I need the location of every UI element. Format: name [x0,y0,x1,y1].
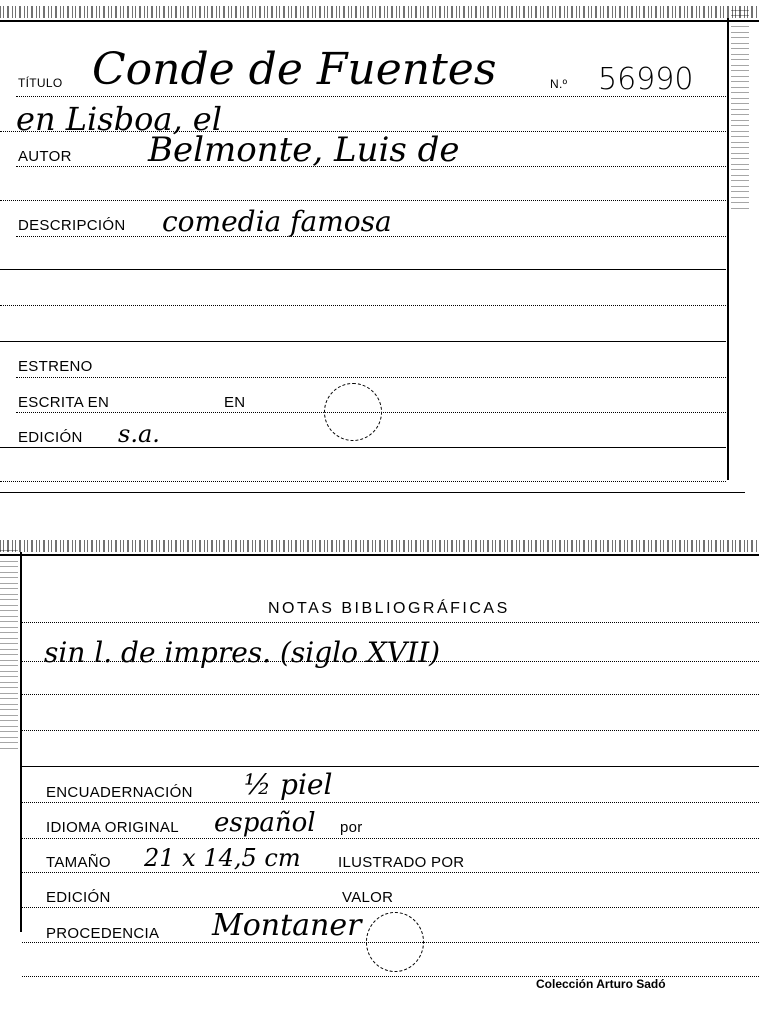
blank-line-6 [22,694,759,695]
catalog-card-back: NOTAS BIBLIOGRÁFICAS sin l. de impres. (… [0,530,759,1028]
blank-line-2 [0,269,726,270]
card-top-edge [0,20,759,22]
tamano-value: 21 x 14,5 cm [144,844,301,872]
titulo-label: TÍTULO [18,76,62,90]
valor-label: VALOR [342,889,393,906]
notas-line [22,661,759,662]
blank-line-5 [0,481,726,482]
ilustrado-por-label: ILUSTRADO POR [338,854,464,871]
edicion-value: s.a. [118,420,160,448]
scan-noise-right [731,10,749,210]
procedencia-value: Montaner [212,908,361,943]
scan-noise-top [0,540,759,552]
numero-label: N.º [550,77,567,91]
titulo-value-line1: Conde de Fuentes [92,44,496,95]
descripcion-label: DESCRIPCIÓN [18,217,125,234]
blank-line-3 [0,305,726,306]
tamano-line [22,872,759,873]
edicion-back-label: EDICIÓN [46,889,111,906]
por-label: por [340,819,363,836]
blank-line-7 [22,730,759,731]
titulo-line [16,96,726,97]
scan-noise-left [0,550,18,750]
edicion-line [0,447,726,448]
card-top-edge [0,554,759,556]
notas-bibliograficas-heading: NOTAS BIBLIOGRÁFICAS [268,600,510,618]
numero-value: 56990 [598,62,693,97]
encuadernacion-value: ½ piel [244,768,332,801]
procedencia-line [22,942,759,943]
autor-label: AUTOR [18,148,72,165]
heading-line [22,622,759,623]
stamp-circle [324,383,382,441]
blank-line-4 [0,341,726,342]
scan-noise-top [0,6,759,18]
descripcion-line [16,236,726,237]
en-label: EN [224,394,245,411]
encuadernacion-line [22,802,759,803]
estreno-label: ESTRENO [18,358,93,375]
card-front-bottom-edge [0,492,745,493]
idioma-original-value: español [214,808,316,838]
blank-line-1 [0,200,726,201]
card-right-border [727,18,729,480]
autor-line [16,166,726,167]
estreno-line [16,377,726,378]
encuadernacion-label: ENCUADERNACIÓN [46,784,193,801]
card-left-border [20,552,22,932]
collection-footer: Colección Arturo Sadó [536,977,666,991]
edicion-back-line [22,907,759,908]
procedencia-label: PROCEDENCIA [46,925,159,942]
descripcion-value: comedia famosa [162,205,392,238]
idioma-original-label: IDIOMA ORIGINAL [46,819,179,836]
autor-value: Belmonte, Luis de [148,130,459,170]
edicion-label: EDICIÓN [18,429,83,446]
catalog-card-front: TÍTULO Conde de Fuentes N.º 56990 en Lis… [0,0,759,495]
escrita-en-label: ESCRITA EN [18,394,109,411]
idioma-original-line [22,838,759,839]
notas-value: sin l. de impres. (siglo XVII) [44,636,440,669]
blank-line-8 [22,766,759,767]
tamano-label: TAMAÑO [46,854,111,871]
